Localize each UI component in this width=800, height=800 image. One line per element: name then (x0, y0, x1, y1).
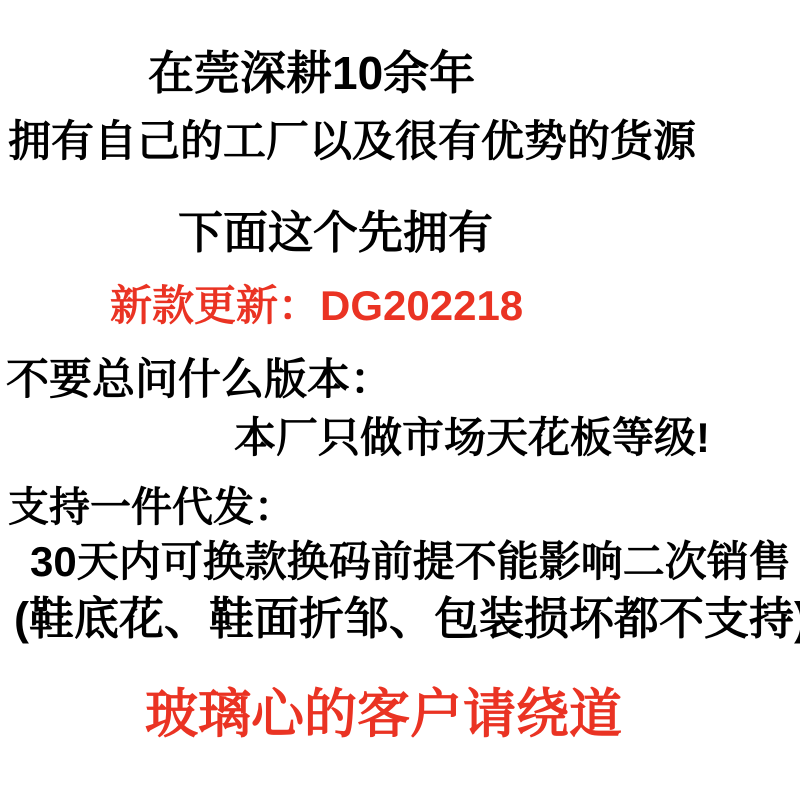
dropshipping-support: 支持一件代发： (8, 485, 295, 530)
version-question-notice: 不要总问什么版本： (6, 357, 393, 404)
exchange-exclusions: (鞋底花、鞋面折邹、包装损坏都不支持) (14, 594, 800, 644)
new-model-label: 新款更新： (110, 282, 320, 329)
exchange-policy-30days: 30天内可换款换码前提不能影响二次销售 (30, 539, 791, 585)
new-model-code: DG202218 (320, 282, 523, 329)
glass-heart-warning: 玻璃心的客户请绕道 (145, 686, 622, 744)
new-model-update: 新款更新：DG202218 (110, 283, 523, 329)
promo-notice-image: 在莞深耕10余年 拥有自己的工厂以及很有优势的货源 下面这个先拥有 新款更新：D… (0, 0, 800, 800)
intro-next-item: 下面这个先拥有 (178, 208, 493, 258)
headline-factory-supply: 拥有自己的工厂以及很有优势的货源 (8, 119, 696, 166)
top-grade-claim: 本厂只做市场天花板等级! (234, 415, 710, 461)
headline-experience: 在莞深耕10余年 (148, 48, 475, 99)
